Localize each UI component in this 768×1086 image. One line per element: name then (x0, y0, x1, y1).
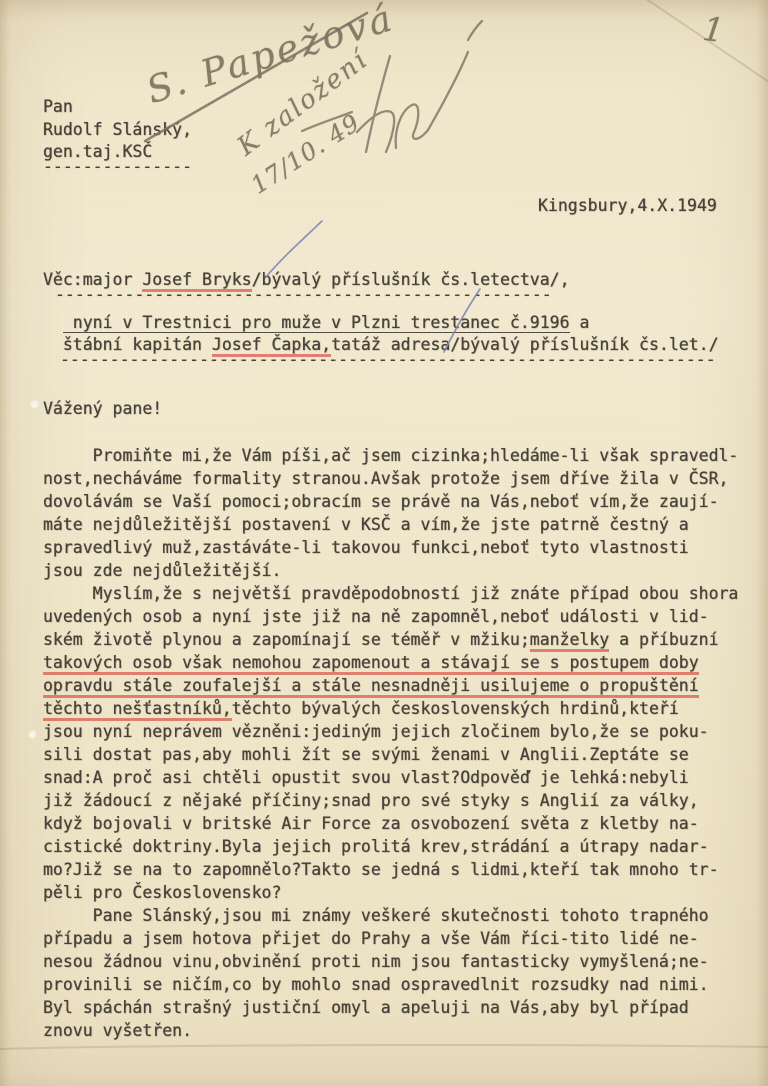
typed-text: ském životě plynou a zapomínají se téměř… (43, 630, 530, 649)
typed-line: jsou zde nejdůležitější. (43, 559, 738, 582)
typed-line: jsou nyní neprávem vězněni:jediným jejic… (43, 720, 738, 743)
red-underlined-text: těchto nešťastníků, (43, 699, 232, 721)
subject-dash-2: ----------------------------------------… (60, 350, 716, 369)
typed-line: když bojovali v britské Air Force za osv… (43, 812, 738, 835)
typed-line: těchto nešťastníků,těchto bývalých česko… (43, 697, 738, 720)
typed-text: uvedených osob a nyní jste již na ně zap… (43, 607, 709, 626)
typed-text: Byl spáchán strašný justiční omyl a apel… (43, 998, 689, 1017)
typed-line: opravdu stále zoufalejší a stále nesnadn… (43, 674, 738, 697)
typed-line: cistické doktriny.Byla jejich prolitá kr… (43, 835, 738, 858)
red-underlined-text: takových osob však nemohou zapomenout a … (43, 653, 699, 675)
typed-text: a příbuzní (609, 630, 718, 649)
typed-line: nesou žádnou vinu,obvinění proti nim jso… (43, 950, 738, 973)
letter-page: PanRudolf Slánský,gen.taj.KSČ ----------… (0, 0, 768, 1086)
paper-fleck (29, 731, 36, 738)
typed-text: cistické doktriny.Byla jejich prolitá kr… (43, 837, 709, 856)
typed-text (43, 313, 63, 332)
typed-text: nesou žádnou vinu,obvinění proti nim jso… (43, 952, 709, 971)
typed-line: Myslím,že s největší pravděpodobností ji… (43, 582, 738, 605)
typed-text: máte nejdůležitější postavení v KSČ a ví… (43, 515, 689, 534)
typed-text: Pan (43, 97, 73, 116)
typed-text: Promiňte mi,že Vám píši,ač jsem cizinka;… (43, 446, 738, 465)
typed-line: pěli pro Československo? (43, 881, 738, 904)
typed-line: sili dostat pas,aby mohli žít se svými ž… (43, 743, 738, 766)
typed-text: znovu vyšetřen. (43, 1021, 192, 1040)
typed-text: Myslím,že s největší pravděpodobností ji… (43, 584, 738, 603)
typed-line: již žádoucí z nějaké příčiny;snad pro sv… (43, 789, 738, 812)
recipient-underline: --------------- (43, 157, 192, 176)
handwritten-page-number: 1 (701, 9, 727, 50)
typed-line: Promiňte mi,že Vám píši,ač jsem cizinka;… (43, 444, 738, 467)
typed-text: již žádoucí z nějaké příčiny;snad pro sv… (43, 791, 699, 810)
typed-line: spravedlivý muž,zastáváte-li takovou fun… (43, 536, 738, 559)
typed-text: spravedlivý muž,zastáváte-li takovou fun… (43, 538, 689, 557)
typed-text: pěli pro Československo? (43, 883, 281, 902)
typed-text: jsou nyní neprávem vězněni:jediným jejic… (43, 722, 709, 741)
typed-line: nyní v Trestnici pro muže v Plzni tresta… (43, 311, 589, 334)
typed-text: nost,necháváme formality stranou.Avšak p… (43, 469, 728, 488)
typed-line: znovu vyšetřen. (43, 1019, 738, 1042)
salutation: Vážený pane! (43, 399, 162, 418)
typed-text: Rudolf Slánský, (43, 120, 192, 139)
subject-line-2: nyní v Trestnici pro muže v Plzni tresta… (43, 311, 589, 334)
typed-line: Rudolf Slánský, (43, 119, 192, 142)
typed-text: případu a jsem hotova přijet do Prahy a … (43, 929, 699, 948)
typed-line: dovolávám se Vaší pomoci;obracím se práv… (43, 490, 738, 513)
typed-line: takových osob však nemohou zapomenout a … (43, 651, 738, 674)
typed-text: jsou zde nejdůležitější. (43, 561, 281, 580)
typed-text: když bojovali v britské Air Force za osv… (43, 814, 699, 833)
typed-text: mo?Již se na to zapomnělo?Takto se jedná… (43, 860, 719, 879)
dateline: Kingsbury,4.X.1949 (538, 196, 717, 215)
typed-line: máte nejdůležitější postavení v KSČ a ví… (43, 513, 738, 536)
typed-line: Byl spáchán strašný justiční omyl a apel… (43, 996, 738, 1019)
typed-text: provinili se ničím,co by mohlo snad ospr… (43, 975, 709, 994)
typed-text: sili dostat pas,aby mohli žít se svými ž… (43, 745, 689, 764)
red-underlined-text: opravdu stále zoufalejší a stále nesnadn… (43, 676, 699, 698)
typed-underlined-text: nyní v Trestnici pro muže v Plzni tresta… (63, 313, 570, 333)
typed-line: Pane Slánský,jsou mi známy veškeré skute… (43, 904, 738, 927)
typed-line: provinili se ničím,co by mohlo snad ospr… (43, 973, 738, 996)
paper-fleck (31, 401, 38, 408)
typed-line: uvedených osob a nyní jste již na ně zap… (43, 605, 738, 628)
red-underlined-text: manželky (530, 630, 609, 652)
typed-line: případu a jsem hotova přijet do Prahy a … (43, 927, 738, 950)
typed-line: nost,necháváme formality stranou.Avšak p… (43, 467, 738, 490)
bottom-crease (0, 1045, 768, 1049)
typed-line: ském životě plynou a zapomínají se téměř… (43, 628, 738, 651)
typed-line: mo?Již se na to zapomnělo?Takto se jedná… (43, 858, 738, 881)
typed-text: dovolávám se Vaší pomoci;obracím se práv… (43, 492, 719, 511)
typed-text: Pane Slánský,jsou mi známy veškeré skute… (43, 906, 709, 925)
typed-text: těchto bývalých československých hrdinů,… (232, 699, 679, 718)
body-lines: Promiňte mi,že Vám píši,ač jsem cizinka;… (43, 444, 738, 1042)
typed-line: snad:A proč asi chtěli opustit svou vlas… (43, 766, 738, 789)
subject-dash-1: ----------------------------------------… (55, 285, 552, 304)
typed-text: snad:A proč asi chtěli opustit svou vlas… (43, 768, 689, 787)
typed-text: a (570, 313, 590, 332)
